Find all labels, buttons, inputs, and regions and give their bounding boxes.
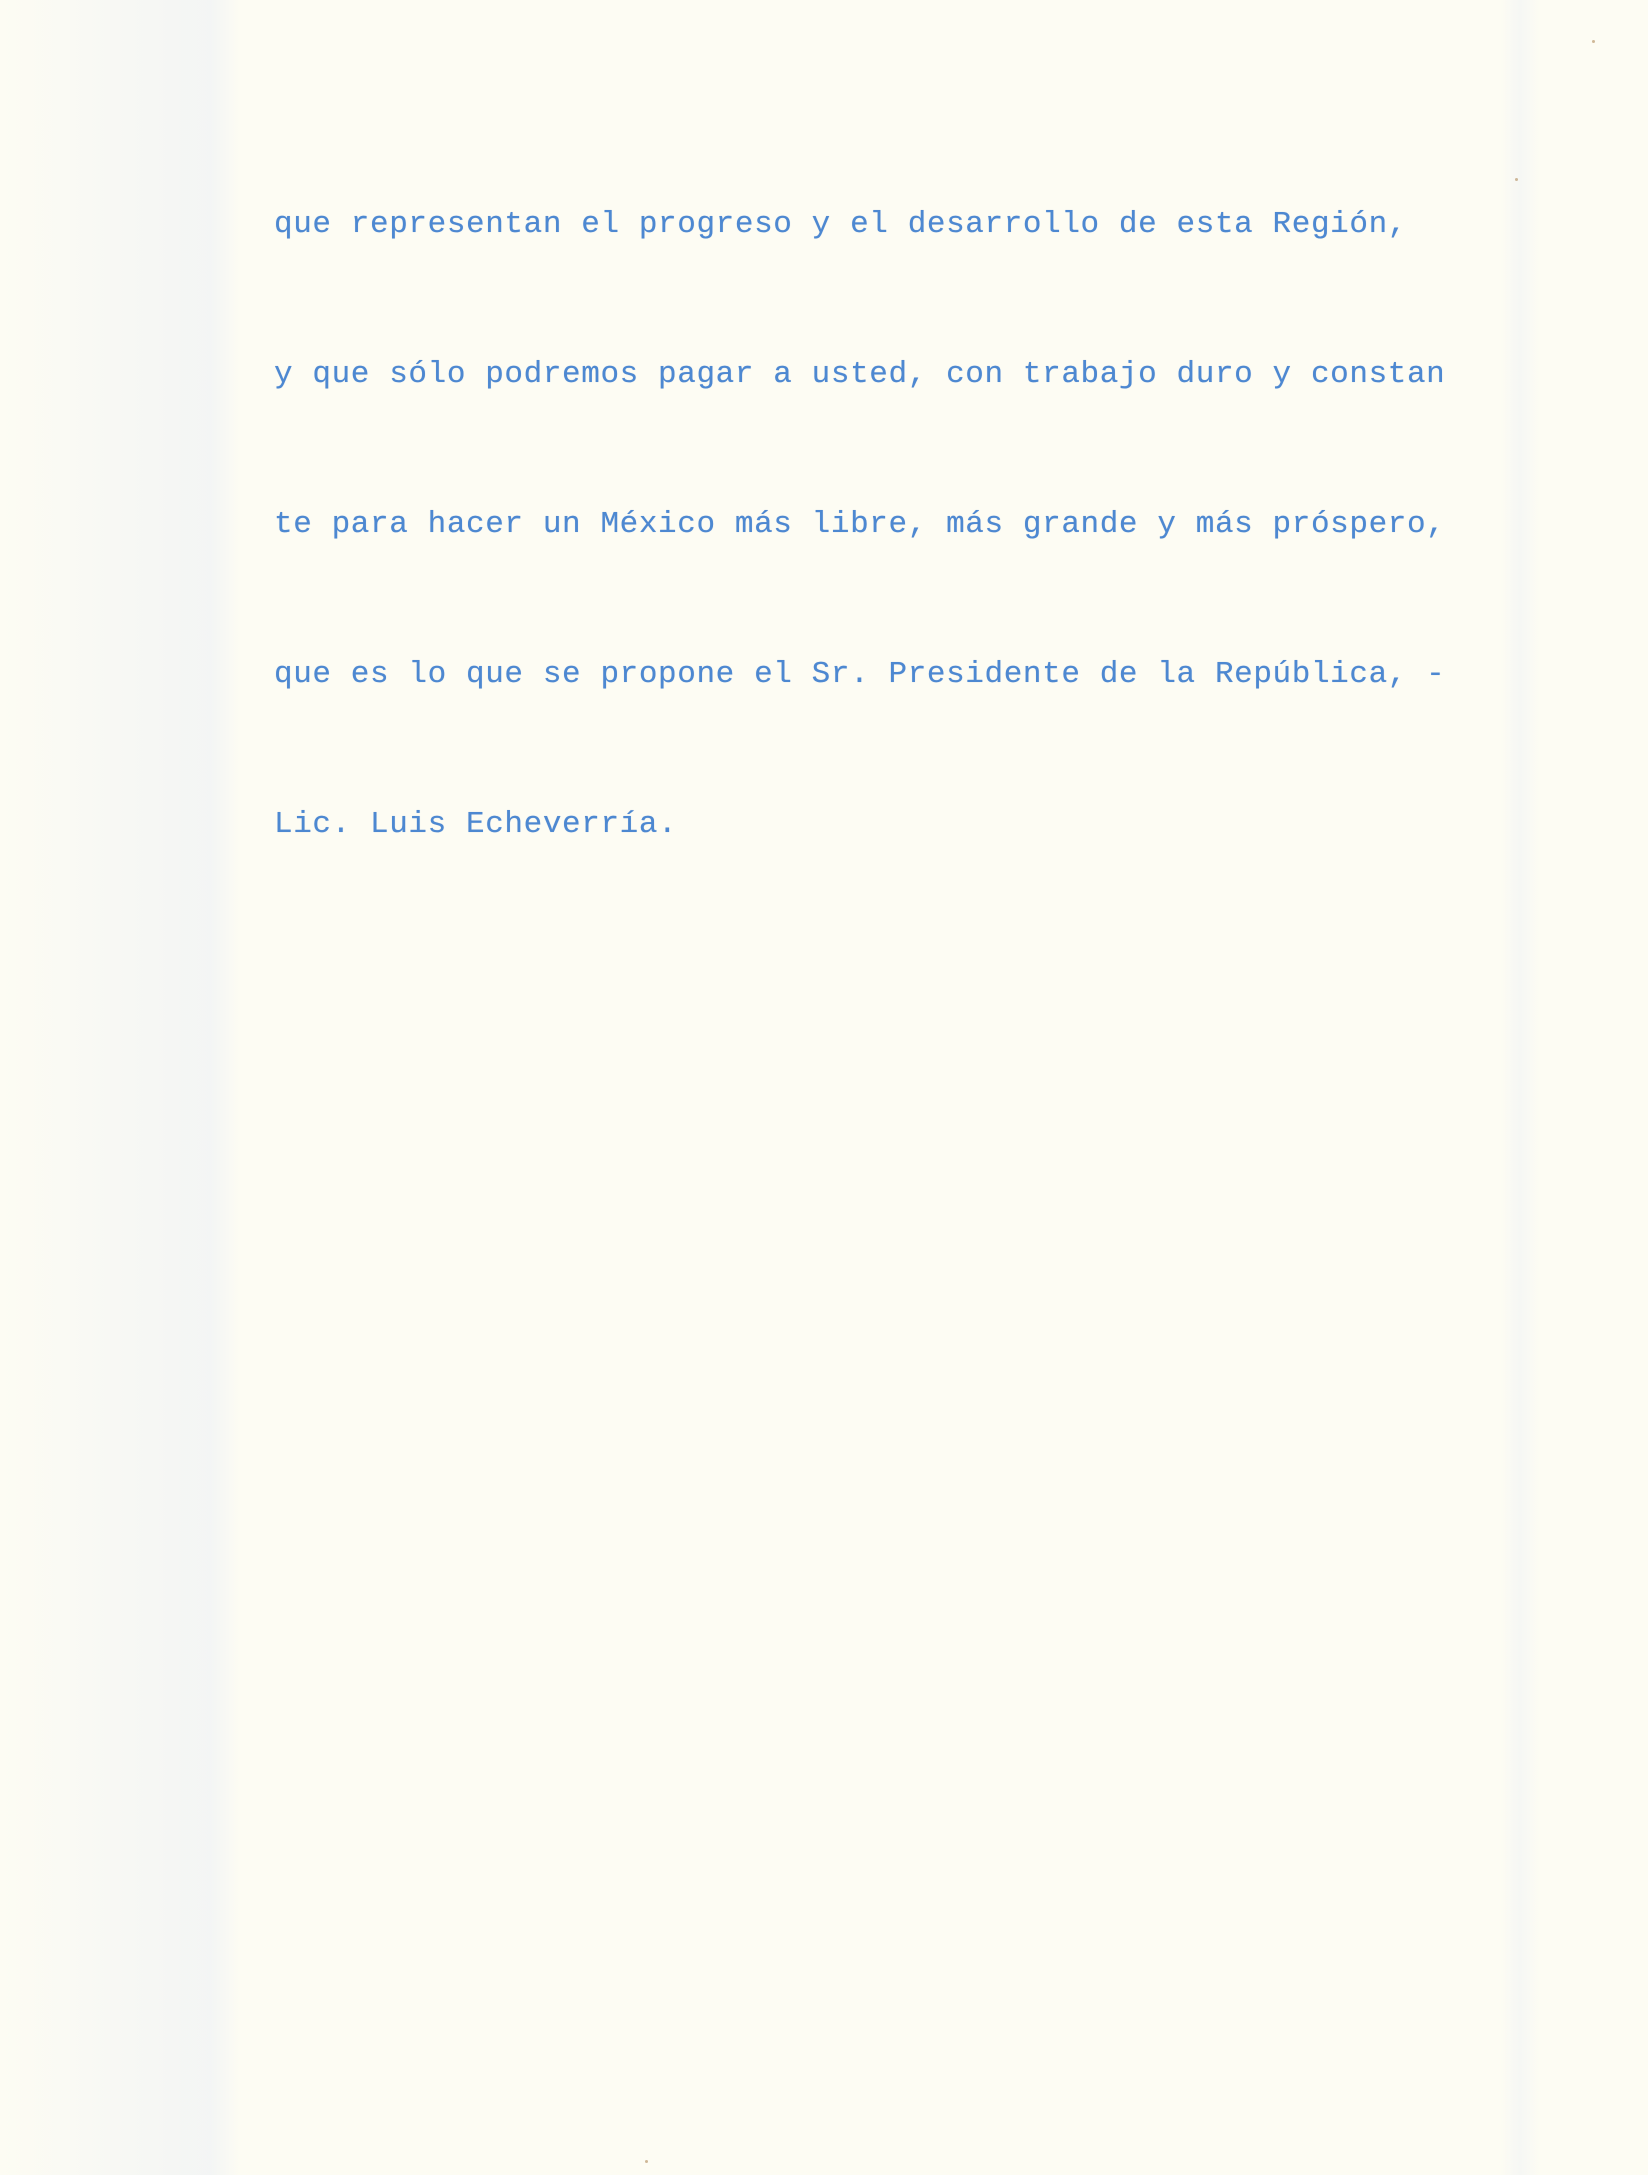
text-line: que representan el progreso y el desarro… <box>274 200 1445 250</box>
typewritten-page: que representan el progreso y el desarro… <box>0 0 1648 2175</box>
typed-text-block: que representan el progreso y el desarro… <box>274 100 1445 950</box>
text-line: te para hacer un México más libre, más g… <box>274 500 1445 550</box>
text-line: y que sólo podremos pagar a usted, con t… <box>274 350 1445 400</box>
paper-speck <box>1515 178 1518 181</box>
paper-speck <box>645 2160 648 2163</box>
paper-speck <box>1592 40 1595 43</box>
text-line: que es lo que se propone el Sr. Presiden… <box>274 650 1445 700</box>
text-line: Lic. Luis Echeverría. <box>274 800 1445 850</box>
